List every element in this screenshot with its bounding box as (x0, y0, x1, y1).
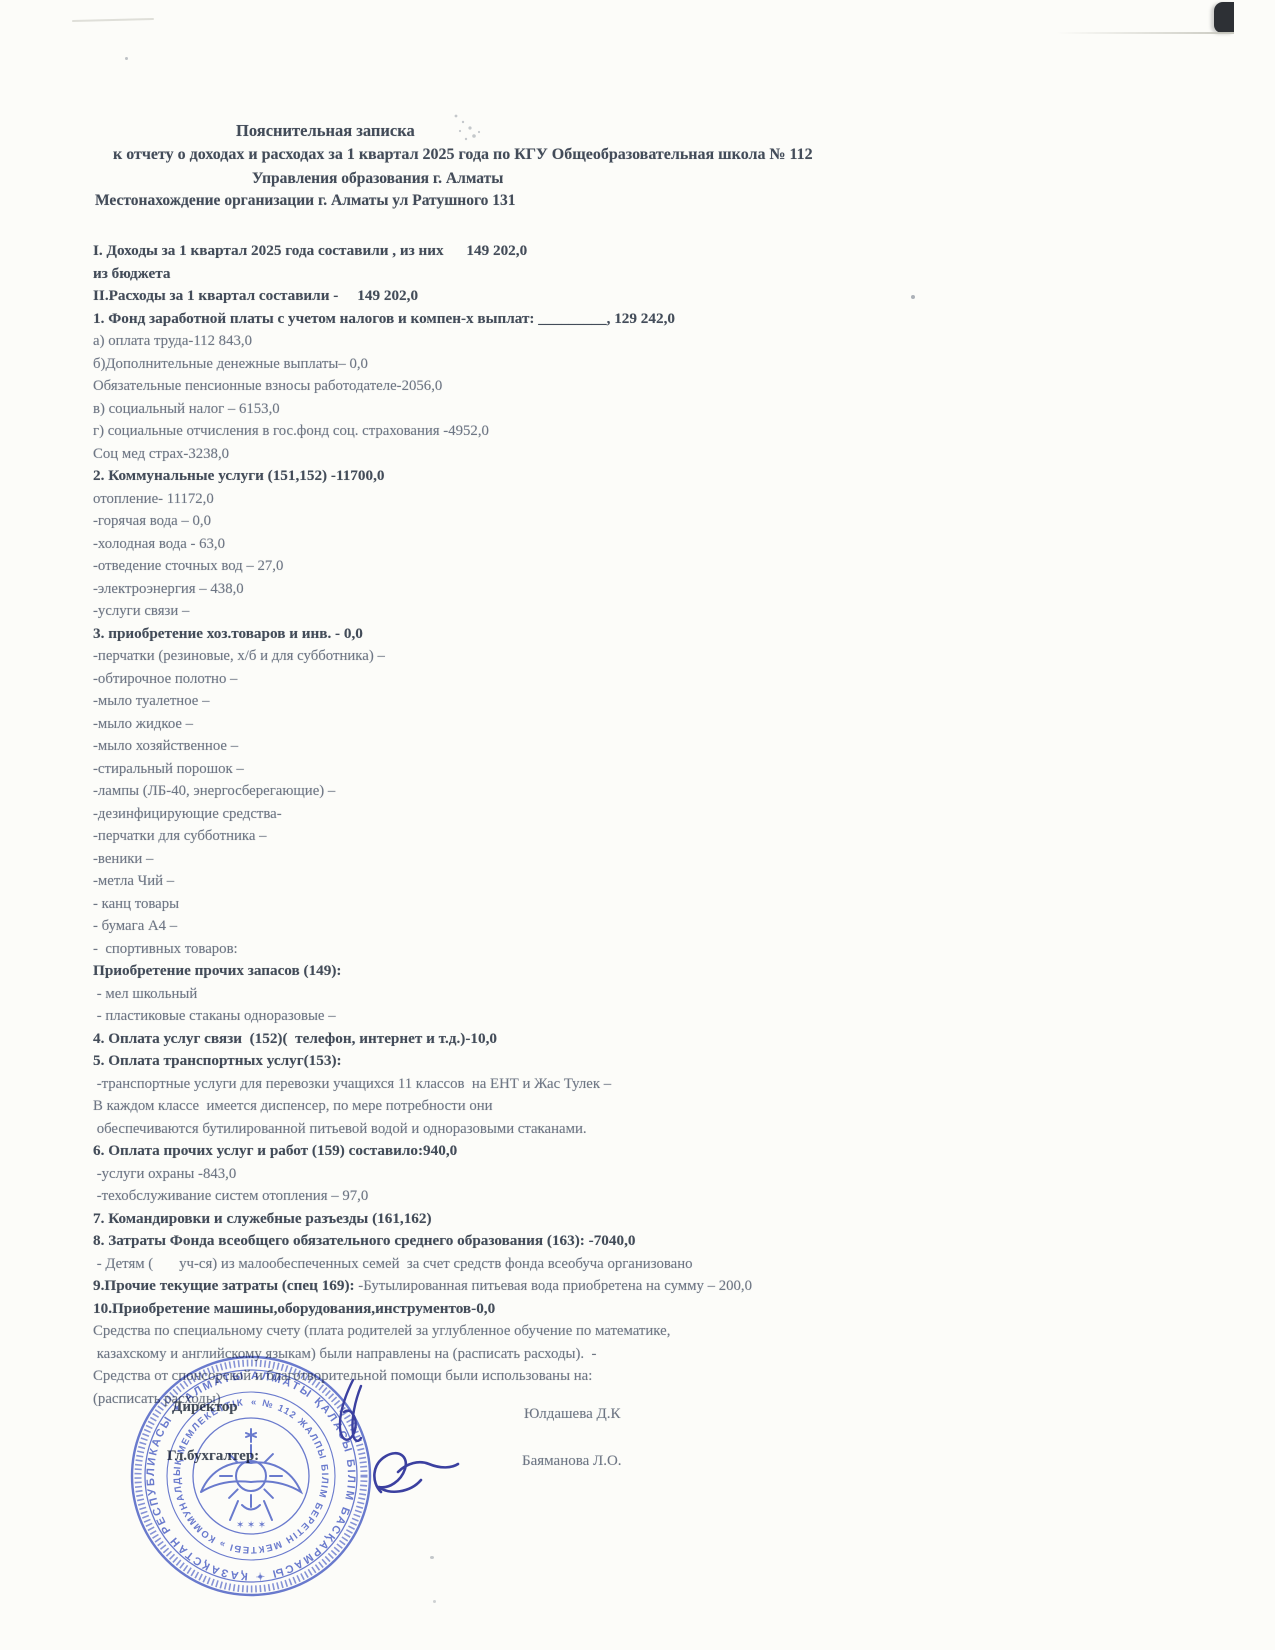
document-body: I. Доходы за 1 квартал 2025 года состави… (93, 240, 953, 1410)
document-line: - пластиковые стаканы одноразовые – (93, 1005, 953, 1028)
accountant-signature (374, 1453, 458, 1492)
scan-speck (433, 1600, 436, 1603)
document-line: - бумага А4 – (93, 915, 953, 938)
document-line: Приобретение прочих запасов (149): (93, 960, 953, 983)
document-line: -горячая вода – 0,0 (93, 510, 953, 533)
document-line: - канц товары (93, 893, 953, 916)
document-line: 3. приобретение хоз.товаров и инв. - 0,0 (93, 623, 953, 646)
document-title: Пояснительная записка (236, 121, 415, 141)
document-line: 8. Затраты Фонда всеобщего обязательного… (93, 1230, 953, 1253)
document-line: 9.Прочие текущие затраты (спец 169): -Бу… (93, 1275, 953, 1298)
organization-line: Управления образования г. Алматы (252, 170, 503, 188)
document-line: II.Расходы за 1 квартал составили - 149 … (93, 285, 953, 308)
document-line: В каждом классе имеется диспенсер, по ме… (93, 1095, 953, 1118)
address-line: Местонахождение организации г. Алматы ул… (95, 192, 516, 210)
document-line: 7. Командировки и служебные разъезды (16… (93, 1208, 953, 1231)
document-line: -холодная вода - 63,0 (93, 533, 953, 556)
director-label: Директор (172, 1399, 238, 1416)
document-line: - спортивных товаров: (93, 938, 953, 961)
document-line: -метла Чий – (93, 870, 953, 893)
scan-corner-mark (1214, 2, 1234, 33)
document-line: казахскому и английскому языкам) были на… (93, 1343, 953, 1366)
document-line: -мыло туалетное – (93, 690, 953, 713)
document-line: -мыло хозяйственное – (93, 735, 953, 758)
scan-hairline (1056, 32, 1234, 34)
document-line: -стиральный порошок – (93, 758, 953, 781)
accountant-name: Баяманова Л.О. (522, 1453, 622, 1470)
document-line: 5. Оплата транспортных услуг(153): (93, 1050, 953, 1073)
director-name: Юлдашева Д.К (524, 1406, 620, 1423)
document-line: -дезинфицирующие средства- (93, 803, 953, 826)
document-line: 4. Оплата услуг связи (152)( телефон, ин… (93, 1028, 953, 1051)
document-line: - мел школьный (93, 983, 953, 1006)
document-line: а) оплата труда-112 843,0 (93, 330, 953, 353)
scanned-document-page: Пояснительная записка к отчету о доходах… (0, 0, 1275, 1650)
stamp-stars: ✶ ✶ ✶ (236, 1520, 266, 1531)
document-line: -услуги связи – (93, 600, 953, 623)
document-line: отопление- 11172,0 (93, 488, 953, 511)
stamp-inner-text: « № 112 ЖАЛПЫ БІЛІМ БЕРЕТІН МЕКТЕБІ » КО… (172, 1397, 330, 1555)
document-line: 1. Фонд заработной платы с учетом налого… (93, 308, 953, 331)
document-line: -электроэнергия – 438,0 (93, 578, 953, 601)
scan-speck (125, 57, 128, 60)
document-line: I. Доходы за 1 квартал 2025 года состави… (93, 240, 953, 263)
document-line: Средства от спонсорской и благотворитель… (93, 1365, 953, 1388)
document-line: -веники – (93, 848, 953, 871)
scan-speck (430, 1556, 434, 1559)
pencil-mark (455, 115, 481, 141)
document-line: -техобслуживание систем отопления – 97,0 (93, 1185, 953, 1208)
document-line: Соц мед страх-3238,0 (93, 443, 953, 466)
document-line: -обтирочное полотно – (93, 668, 953, 691)
stamp-emblem-icon: ✶ ✶ ✶ (201, 1429, 301, 1531)
accountant-label: Гл.бухгалтер: (167, 1448, 259, 1465)
document-line: Средства по специальному счету (плата ро… (93, 1320, 953, 1343)
document-line: Обязательные пенсионные взносы работодат… (93, 375, 953, 398)
document-line: -услуги охраны -843,0 (93, 1163, 953, 1186)
document-line: - Детям ( уч-ся) из малообеспеченных сем… (93, 1253, 953, 1276)
document-line: из бюджета (93, 263, 953, 286)
scan-hairline (72, 18, 154, 22)
document-line: 6. Оплата прочих услуг и работ (159) сос… (93, 1140, 953, 1163)
document-subtitle: к отчету о доходах и расходах за 1 кварт… (113, 146, 813, 164)
document-line: -перчатки (резиновые, х/б и для субботни… (93, 645, 953, 668)
document-line: -отведение сточных вод – 27,0 (93, 555, 953, 578)
document-line: -перчатки для субботника – (93, 825, 953, 848)
document-line: -лампы (ЛБ-40, энергосберегающие) – (93, 780, 953, 803)
document-line: в) социальный налог – 6153,0 (93, 398, 953, 421)
document-line: -транспортные услуги для перевозки учащи… (93, 1073, 953, 1096)
document-line: 2. Коммунальные услуги (151,152) -11700,… (93, 465, 953, 488)
document-line: 10.Приобретение машины,оборудования,инст… (93, 1298, 953, 1321)
document-line: -мыло жидкое – (93, 713, 953, 736)
document-line: б)Дополнительные денежные выплаты– 0,0 (93, 353, 953, 376)
document-line: г) социальные отчисления в гос.фонд соц.… (93, 420, 953, 443)
document-line: обеспечиваются бутилированной питьевой в… (93, 1118, 953, 1141)
